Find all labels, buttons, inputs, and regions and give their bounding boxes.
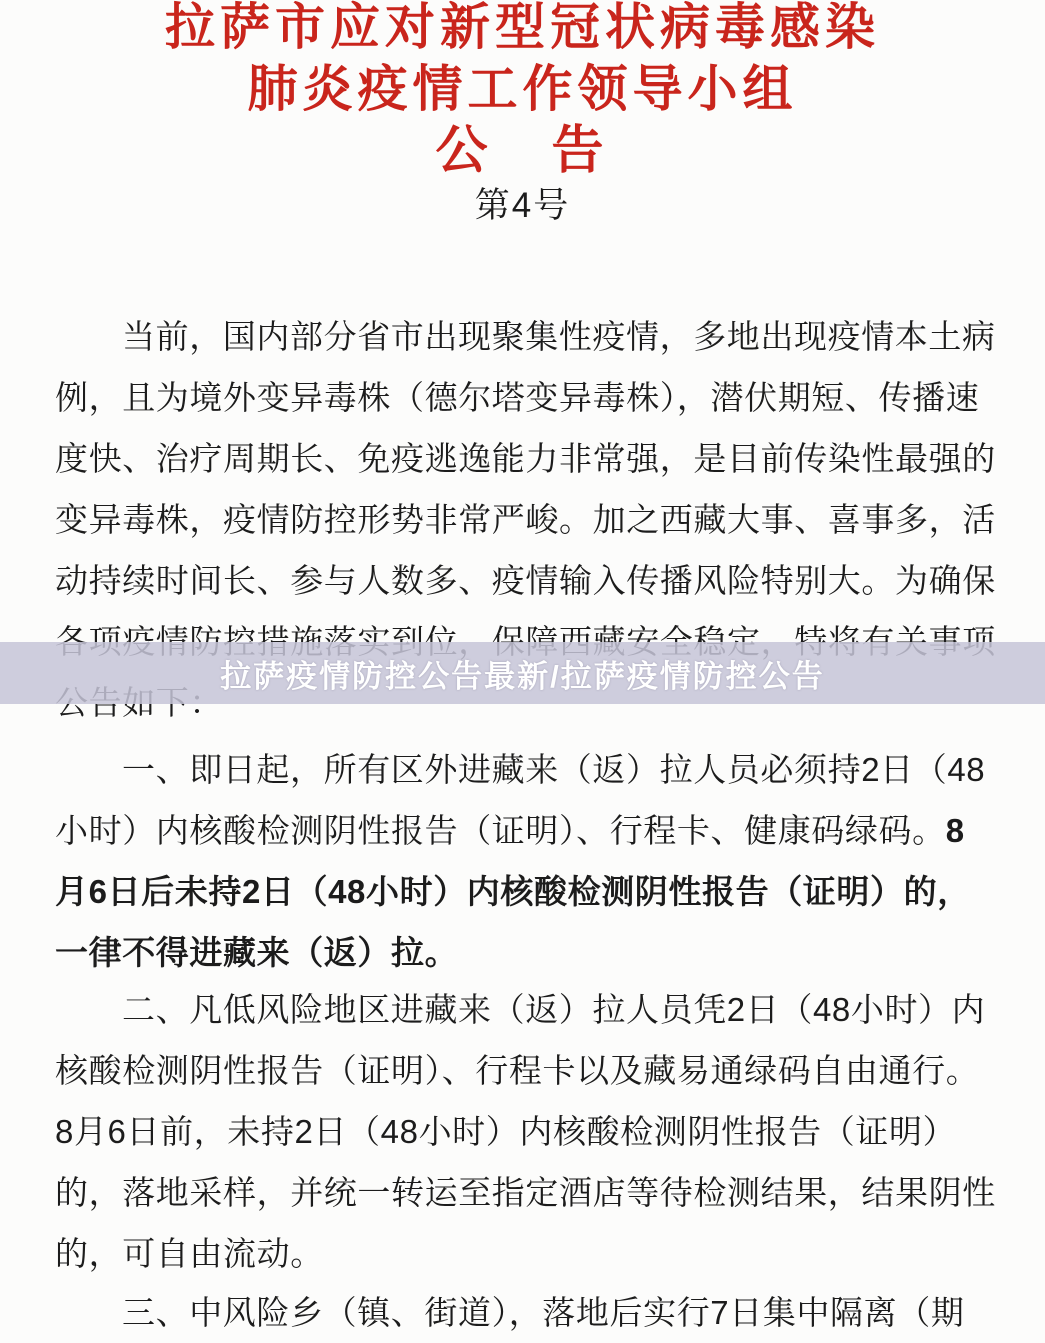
bold-text: 8 [946,812,965,849]
body-line: 8月6日前，未持2日（48小时）内核酸检测阴性报告（证明） [55,1101,995,1162]
body-line: 三、中风险乡（镇、街道），落地后实行7日集中隔离（期 [55,1282,995,1343]
body-line: 核酸检测阴性报告（证明）、行程卡以及藏易通绿码自由通行。 [55,1040,995,1101]
watermark-banner: 拉萨疫情防控公告最新/拉萨疫情防控公告 [0,642,1045,704]
body-line: 例，且为境外变异毒株（德尔塔变异毒株），潜伏期短、传播速 [55,367,995,428]
title-line-1: 拉萨市应对新型冠状病毒感染 [0,0,1045,58]
paragraph-4: 三、中风险乡（镇、街道），落地后实行7日集中隔离（期 [55,1282,995,1343]
body-line: 度快、治疗周期长、免疫逃逸能力非常强，是目前传染性最强的 [55,428,995,489]
body-line: 二、凡低风险地区进藏来（返）拉人员凭2日（48小时）内 [55,979,995,1040]
body-line: 当前，国内部分省市出现聚集性疫情，多地出现疫情本土病 [55,306,995,367]
announcement-title: 拉萨市应对新型冠状病毒感染 肺炎疫情工作领导小组 公 告 [0,0,1045,182]
body-line: 的，落地采样，并统一转运至指定酒店等待检测结果，结果阴性 [55,1162,995,1223]
body-line: 动持续时间长、参与人数多、疫情输入传播风险特别大。为确保 [55,550,995,611]
body-line: 变异毒株，疫情防控形势非常严峻。加之西藏大事、喜事多，活 [55,489,995,550]
body-line: 月6日后未持2日（48小时）内核酸检测阴性报告（证明）的， [55,861,995,922]
title-line-3: 公 告 [0,120,1045,182]
paragraph-2: 一、即日起，所有区外进藏来（返）拉人员必须持2日（48小时）内核酸检测阴性报告（… [55,739,995,983]
title-line-2: 肺炎疫情工作领导小组 [0,58,1045,120]
body-line: 一律不得进藏来（返）拉。 [55,922,995,983]
document-number: 第4号 [0,184,1045,228]
body-line: 的，可自由流动。 [55,1223,995,1284]
body-line: 一、即日起，所有区外进藏来（返）拉人员必须持2日（48 [55,739,995,800]
paragraph-3: 二、凡低风险地区进藏来（返）拉人员凭2日（48小时）内核酸检测阴性报告（证明）、… [55,979,995,1284]
announcement-page: 拉萨市应对新型冠状病毒感染 肺炎疫情工作领导小组 公 告 第4号 当前，国内部分… [0,0,1045,1343]
watermark-banner-text: 拉萨疫情防控公告最新/拉萨疫情防控公告 [220,651,825,696]
body-line: 小时）内核酸检测阴性报告（证明）、行程卡、健康码绿码。8 [55,800,995,861]
